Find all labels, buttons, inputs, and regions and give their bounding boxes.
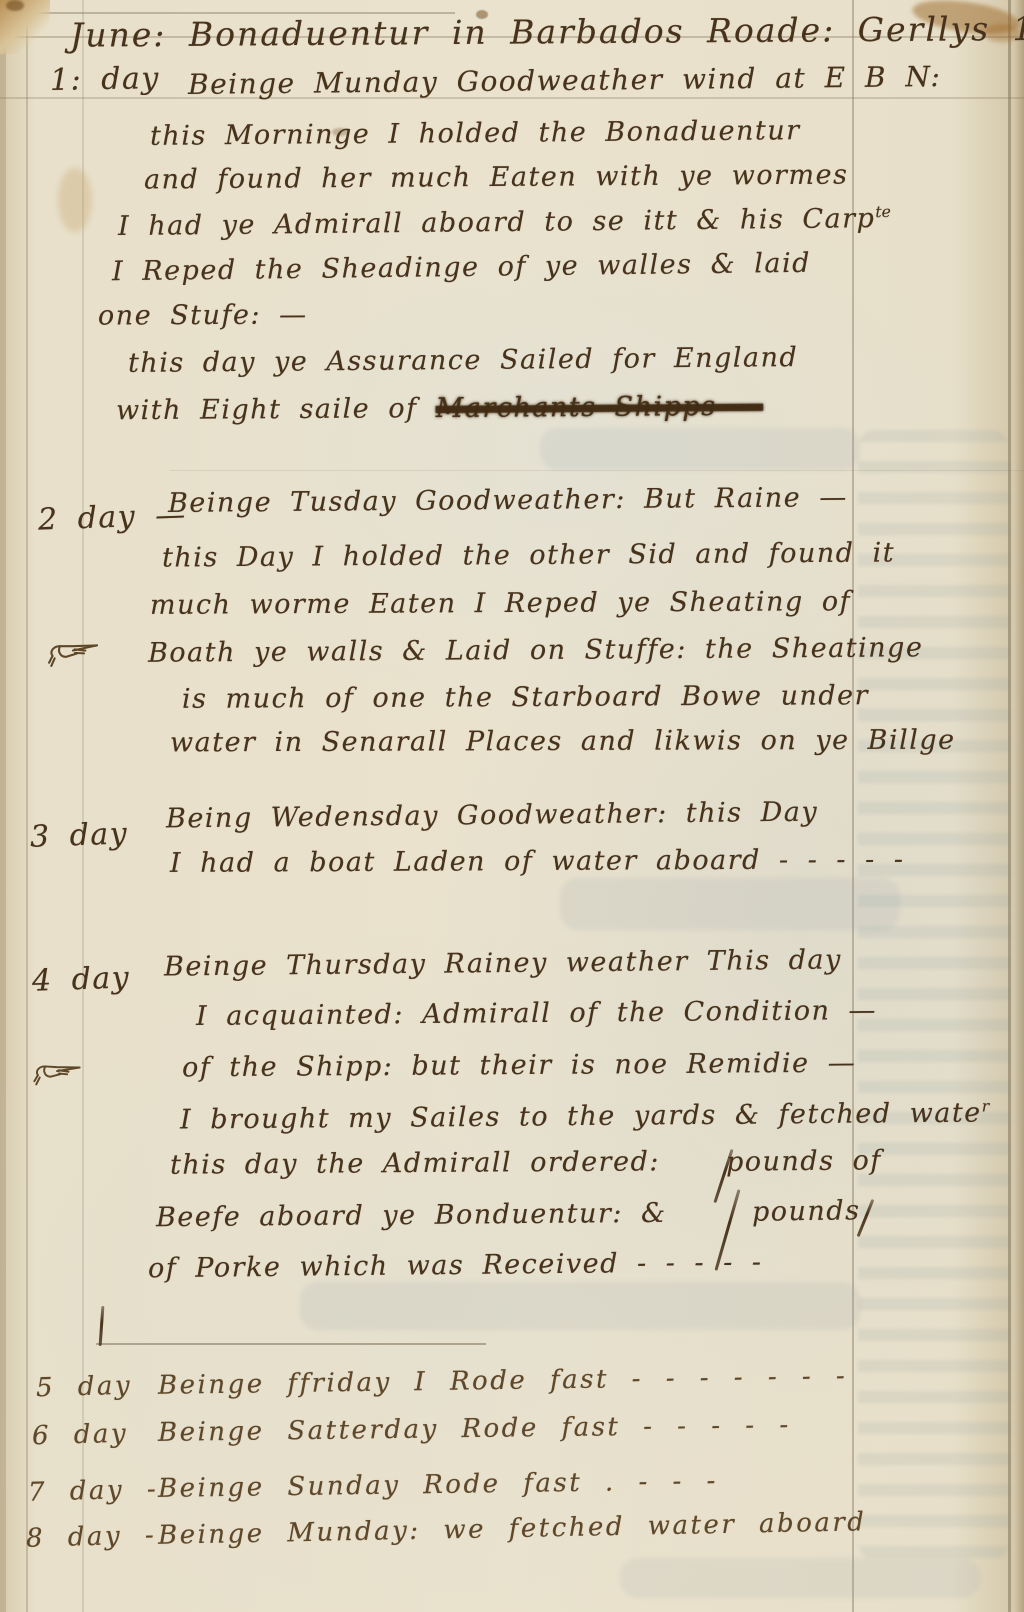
- superscript-abbreviation: r: [982, 1096, 990, 1115]
- smudged-text: Marchants Shipps —: [436, 391, 764, 424]
- entry-line: this day the Admirall ordered:: [170, 1146, 660, 1180]
- entry-line: with Eight saile of Marchants Shipps —: [116, 391, 763, 427]
- foxing-stain: [58, 168, 92, 232]
- handwritten-text: 6 day: [32, 1419, 129, 1452]
- entry-line: this day ye Assurance Sailed for England: [128, 342, 799, 379]
- handwritten-text: is much of one the Starboard Bowe under: [182, 680, 869, 715]
- manicule-pointing-hand-icon: [31, 1052, 86, 1093]
- entry-line: I had a boat Laden of water aboard - - -…: [170, 844, 905, 879]
- entry-line: of the Shipp: but their is noe Remidie —: [182, 1048, 856, 1084]
- entry-line: pounds: [752, 1195, 861, 1228]
- handwritten-text: I Reped the Sheadinge of ye walles & lai…: [112, 248, 811, 288]
- margin-line-vertical: [852, 0, 854, 1612]
- entry-line: Beinge Munday Goodweather wind at E B N:: [188, 60, 942, 101]
- entry-line: I brought my Sailes to the yards & fetch…: [180, 1096, 989, 1135]
- entry-line: is much of one the Starboard Bowe under: [182, 680, 869, 715]
- handwritten-text: water in Senarall Places and likwis on y…: [170, 725, 956, 759]
- handwritten-text: Beinge Sunday Rode fast . - - -: [158, 1466, 718, 1504]
- margin-line-vertical: [1008, 0, 1011, 1612]
- day-label: 4 day: [31, 960, 130, 998]
- manicule-pointing-hand-icon: [44, 628, 105, 674]
- bleedthrough-text-ghost: [620, 1558, 980, 1598]
- margin-line-vertical: [82, 0, 84, 1612]
- day-label: 6 day: [32, 1419, 129, 1452]
- entry-line: I Reped the Sheadinge of ye walles & lai…: [112, 248, 811, 288]
- handwritten-text: this Day I holded the other Sid and foun…: [162, 537, 895, 573]
- handwritten-text: 5 day: [36, 1371, 133, 1404]
- handwritten-text: Beinge ffriday I Rode fast - - - - - - -: [158, 1361, 848, 1401]
- entry-line: this Morninge I holded the Bonaduentur: [150, 115, 801, 152]
- day-label: 5 day: [36, 1371, 133, 1404]
- handwritten-text: I brought my Sailes to the yards & fetch…: [180, 1098, 982, 1136]
- page-left-edge: [0, 0, 6, 1612]
- handwritten-text: this Morninge I holded the Bonaduentur: [150, 115, 801, 152]
- handwritten-text: of the Shipp: but their is noe Remidie —: [182, 1048, 856, 1084]
- handwritten-text: 7 day -: [28, 1474, 159, 1507]
- handwritten-text: 8 day -: [26, 1520, 157, 1553]
- handwritten-text: 1: day: [50, 61, 160, 98]
- entry-line: Beinge ffriday I Rode fast - - - - - - -: [158, 1361, 848, 1401]
- handwritten-text: one Stufe: —: [98, 299, 308, 331]
- handwritten-text: 4 day: [31, 960, 130, 998]
- handwritten-text: June: Bonaduentur in Barbados Roade: Ger…: [70, 8, 1024, 54]
- manuscript-page: June: Bonaduentur in Barbados Roade: Ger…: [0, 0, 1024, 1612]
- handwritten-text: this day ye Assurance Sailed for England: [128, 342, 799, 379]
- handwritten-text: and found her much Eaten with ye wormes: [144, 160, 849, 196]
- entry-line: Boath ye walls & Laid on Stuffe: the She…: [148, 632, 924, 668]
- entry-line: this Day I holded the other Sid and foun…: [162, 537, 895, 573]
- ruled-line-horizontal: [96, 1343, 486, 1345]
- entry-line: Being Wedensday Goodweather: this Day: [166, 797, 818, 835]
- handwritten-text: 3 day: [29, 816, 128, 854]
- tally-slash-stroke: [99, 1306, 105, 1346]
- bleedthrough-text-ghost: [300, 1282, 860, 1330]
- entry-line: of Porke which was Received - - - - -: [148, 1247, 763, 1284]
- day-label: 3 day: [29, 816, 128, 854]
- page-right-edge: [1014, 0, 1024, 1612]
- handwritten-text: Beinge Munday Goodweather wind at E B N:: [188, 60, 942, 101]
- handwritten-text: I had a boat Laden of water aboard - - -…: [170, 844, 905, 879]
- handwritten-text: I had ye Admirall aboard to se itt & his…: [118, 203, 876, 242]
- day-label: 1: day: [50, 61, 160, 98]
- handwritten-text: 2 day —: [37, 497, 187, 537]
- handwritten-text: I acquainted: Admirall of the Condition …: [196, 995, 877, 1032]
- day-label: 8 day -: [26, 1520, 157, 1553]
- day-label: 2 day —: [37, 497, 187, 537]
- handwritten-text: pounds of: [726, 1145, 882, 1178]
- ink-fleck: [6, 0, 24, 11]
- entry-line: Beinge Munday: we fetched water aboard: [158, 1507, 867, 1551]
- bleedthrough-text-ghost: [858, 430, 1010, 1560]
- entry-line: Beinge Satterday Rode fast - - - - -: [158, 1410, 791, 1448]
- handwritten-text: this day the Admirall ordered:: [170, 1146, 660, 1180]
- day-label: 7 day -: [28, 1474, 159, 1507]
- entry-line: Beinge Tusday Goodweather: But Raine —: [168, 482, 848, 519]
- entry-line: Beinge Sunday Rode fast . - - -: [158, 1466, 718, 1504]
- corner-stain: [0, 0, 50, 54]
- handwritten-text: Being Wedensday Goodweather: this Day: [166, 797, 818, 835]
- handwritten-text: Beinge Satterday Rode fast - - - - -: [158, 1410, 791, 1448]
- handwritten-text: Beinge Thursday Rainey weather This day: [164, 944, 842, 982]
- entry-line: I acquainted: Admirall of the Condition …: [196, 995, 877, 1032]
- handwritten-text: Boath ye walls & Laid on Stuffe: the She…: [148, 632, 924, 668]
- entry-line: one Stufe: —: [98, 299, 308, 331]
- handwritten-text: with Eight saile of: [116, 393, 436, 426]
- entry-line: I had ye Admirall aboard to se itt & his…: [118, 202, 891, 242]
- superscript-abbreviation: te: [875, 202, 891, 221]
- bleedthrough-text-ghost: [560, 878, 900, 930]
- entry-line: water in Senarall Places and likwis on y…: [170, 725, 956, 759]
- entry-line: much worme Eaten I Reped ye Sheating of: [150, 586, 851, 621]
- entry-line: and found her much Eaten with ye wormes: [144, 160, 849, 196]
- handwritten-text: of Porke which was Received - - - - -: [148, 1247, 763, 1284]
- handwritten-text: Beinge Munday: we fetched water aboard: [158, 1507, 867, 1551]
- handwritten-text: Beinge Tusday Goodweather: But Raine —: [168, 482, 848, 519]
- bleedthrough-text-ghost: [540, 428, 860, 470]
- page-header-line: June: Bonaduentur in Barbados Roade: Ger…: [70, 8, 1024, 54]
- handwritten-text: Beefe aboard ye Bonduentur: &: [156, 1198, 667, 1233]
- margin-line-vertical: [26, 0, 28, 1612]
- handwritten-text: much worme Eaten I Reped ye Sheating of: [150, 586, 851, 621]
- entry-line: Beefe aboard ye Bonduentur: &: [156, 1198, 667, 1233]
- entry-line: Beinge Thursday Rainey weather This day: [164, 944, 842, 982]
- ruled-line-horizontal: [170, 470, 1024, 471]
- entry-line: pounds of: [726, 1145, 882, 1178]
- handwritten-text: pounds: [752, 1195, 861, 1228]
